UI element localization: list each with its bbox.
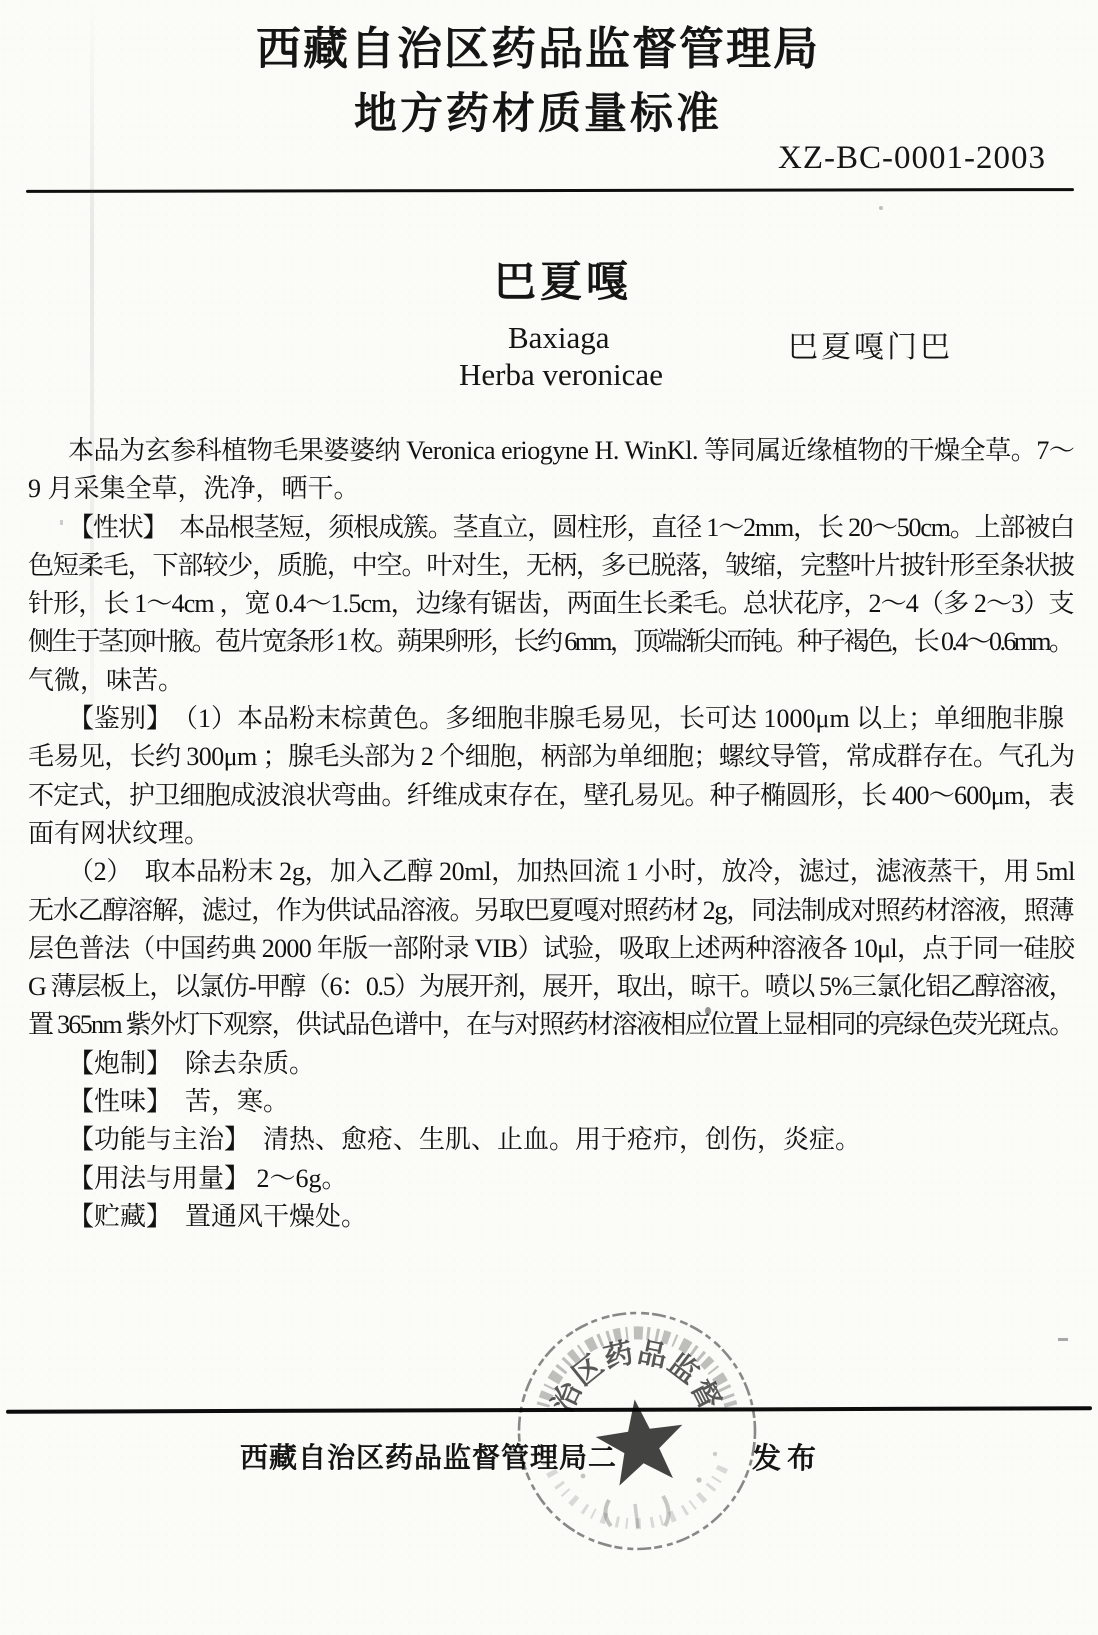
- body-line: 置 365nm 紫外灯下观察，供试品色谱中，在与对照药材溶液相应位置上显相同的亮…: [28, 1006, 1075, 1044]
- body-line: 【贮藏】 置通风干燥处。: [28, 1198, 1075, 1236]
- body-line: 【用法与用量】 2～6g。: [28, 1160, 1075, 1198]
- body-line: 【鉴别】 （1）本品粉末棕黄色。多细胞非腺毛易见，长可达 1000μm 以上；单…: [28, 700, 1075, 738]
- body-line: 不定式，护卫细胞成波浪状弯曲。纤维成束存在，壁孔易见。种子椭圆形，长 400～6…: [28, 777, 1075, 815]
- scan-speck: [1058, 1338, 1068, 1341]
- body-line: 面有网状纹理。: [28, 815, 1075, 853]
- seal-speck: [713, 1452, 717, 1456]
- seal-smudge: [605, 1500, 611, 1526]
- body-lines: 本品为玄参科植物毛果婆婆纳 Veronica eriogyne H. WinKl…: [28, 432, 1075, 1236]
- document-title: 地方药材质量标准: [0, 80, 1076, 141]
- scan-speck: [879, 206, 883, 210]
- document-page: 西藏自治区药品监督管理局 地方药材质量标准 XZ-BC-0001-2003 巴夏…: [0, 0, 1098, 1635]
- body-line: 9 月采集全草，洗净，晒干。: [28, 470, 1075, 508]
- official-seal: 治区药品监督: [513, 1304, 765, 1556]
- scan-speck: [60, 520, 63, 525]
- body-line: 【炮制】 除去杂质。: [28, 1045, 1075, 1083]
- scan-streak: [90, 0, 94, 820]
- monograph-name-tibetan: 巴夏嘎门巴: [788, 322, 953, 366]
- body-line: 【功能与主治】 清热、愈疮、生肌、止血。用于疮疖，创伤，炎症。: [28, 1121, 1075, 1159]
- body-line: 毛易见，长约 300μm ；腺毛头部为 2 个细胞，柄部为单细胞；螺纹导管，常成…: [28, 738, 1075, 776]
- body-line: 【性状】 本品根茎短，须根成簇。茎直立，圆柱形，直径 1～2mm，长 20～50…: [28, 509, 1075, 547]
- body-line: G 薄层板上，以氯仿-甲醇（6：0.5）为展开剂，展开，取出，晾干。喷以 5%三…: [28, 968, 1075, 1006]
- header-rule: [26, 188, 1074, 193]
- seal-speck: [581, 1474, 586, 1479]
- body-line: 侧生于茎顶叶腋。苞片宽条形 1 枚。蒴果卵形，长约 6mm，顶端渐尖而钝。种子褐…: [28, 623, 1075, 661]
- body-line: 层色普法（中国药典 2000 年版一部附录 VIB）试验，吸取上述两种溶液各 1…: [28, 930, 1075, 968]
- body-line: 【性味】 苦，寒。: [28, 1083, 1075, 1121]
- star-icon: [596, 1399, 683, 1485]
- body-line: 本品为玄参科植物毛果婆婆纳 Veronica eriogyne H. WinKl…: [28, 432, 1075, 470]
- authority-title: 西藏自治区药品监督管理局: [0, 12, 1076, 77]
- body-line: （2） 取本品粉末 2g，加入乙醇 20ml，加热回流 1 小时，放冷，滤过，滤…: [28, 853, 1075, 891]
- body-line: 无水乙醇溶解，滤过，作为供试品溶液。另取巴夏嘎对照药材 2g，同法制成对照药材溶…: [28, 892, 1075, 930]
- body-line: 气微，味苦。: [28, 662, 1075, 700]
- monograph-name-cn: 巴夏嘎: [14, 249, 1098, 309]
- seal-speck: [696, 1477, 701, 1482]
- scan-speck: [705, 1007, 711, 1015]
- monograph-name-pinyin: Baxiaga: [508, 320, 610, 356]
- seal-smudge: [663, 1496, 669, 1526]
- standard-code: XZ-BC-0001-2003: [778, 140, 1046, 177]
- body-line: 针形，长 1～4cm ，宽 0.4～1.5cm，边缘有锯齿，两面生长柔毛。总状花…: [28, 585, 1075, 623]
- monograph-name-latin: Herba veronicae: [459, 357, 663, 393]
- seal-smudge: [635, 1504, 638, 1528]
- body-line: 色短柔毛，下部较少，质脆，中空。叶对生，无柄，多已脱落，皱缩，完整叶片披针形至条…: [28, 547, 1075, 585]
